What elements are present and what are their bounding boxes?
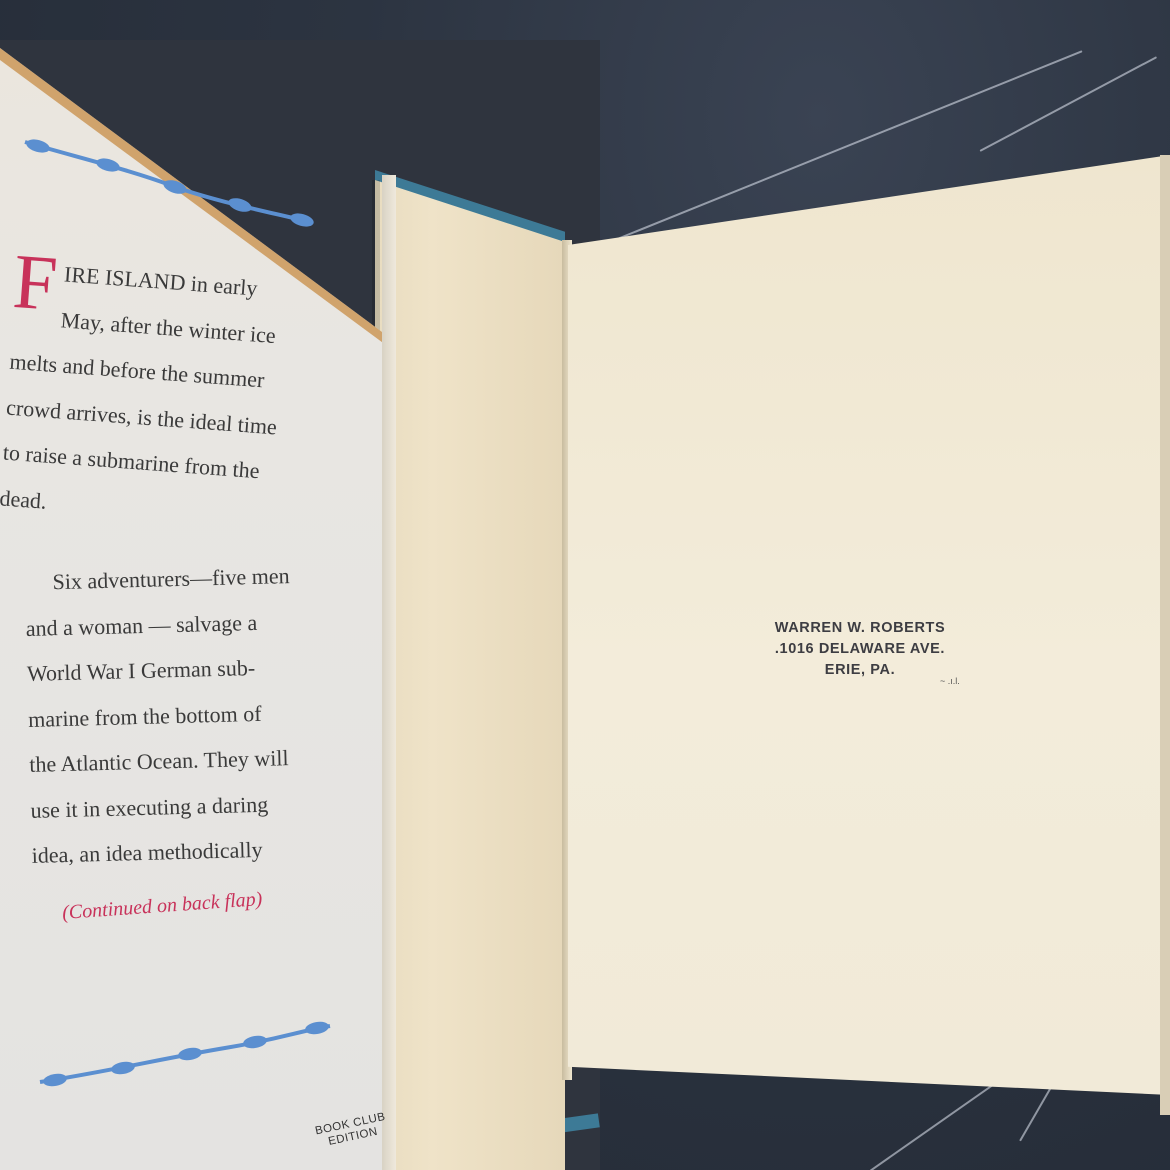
- stamp-name: WARREN W. ROBERTS: [762, 618, 958, 639]
- stamp-street: .1016 DELAWARE AVE.: [762, 639, 958, 660]
- ink-smudge: ~ .ı.l.: [940, 676, 960, 686]
- blurb-line: Six adventurers—five men: [24, 552, 320, 605]
- drop-cap: F: [11, 242, 60, 323]
- blurb-line: and a woman — salvage a: [25, 598, 321, 651]
- flap-blurb-continued: Six adventurers—five men and a woman — s…: [24, 552, 327, 878]
- blurb-line: the Atlantic Ocean. They will: [29, 734, 325, 787]
- page-fore-edge: [1160, 155, 1170, 1115]
- flap-fold-edge: [382, 175, 396, 1170]
- stamp-city: ERIE, PA.: [762, 660, 958, 681]
- blurb-line: idea, an idea methodically: [31, 825, 327, 878]
- rope-ornament-bottom-icon: [35, 1020, 335, 1090]
- blurb-line: use it in executing a daring: [30, 780, 326, 833]
- owner-address-stamp: WARREN W. ROBERTS .1016 DELAWARE AVE. ER…: [762, 618, 958, 681]
- blurb-line: World War I German sub-: [26, 643, 322, 696]
- endpaper-pastedown: [375, 180, 565, 1170]
- flap-blurb: F IRE ISLAND in early May, after the win…: [0, 248, 317, 542]
- rope-ornament-top-icon: [20, 130, 320, 230]
- blurb-line: marine from the bottom of: [28, 689, 324, 742]
